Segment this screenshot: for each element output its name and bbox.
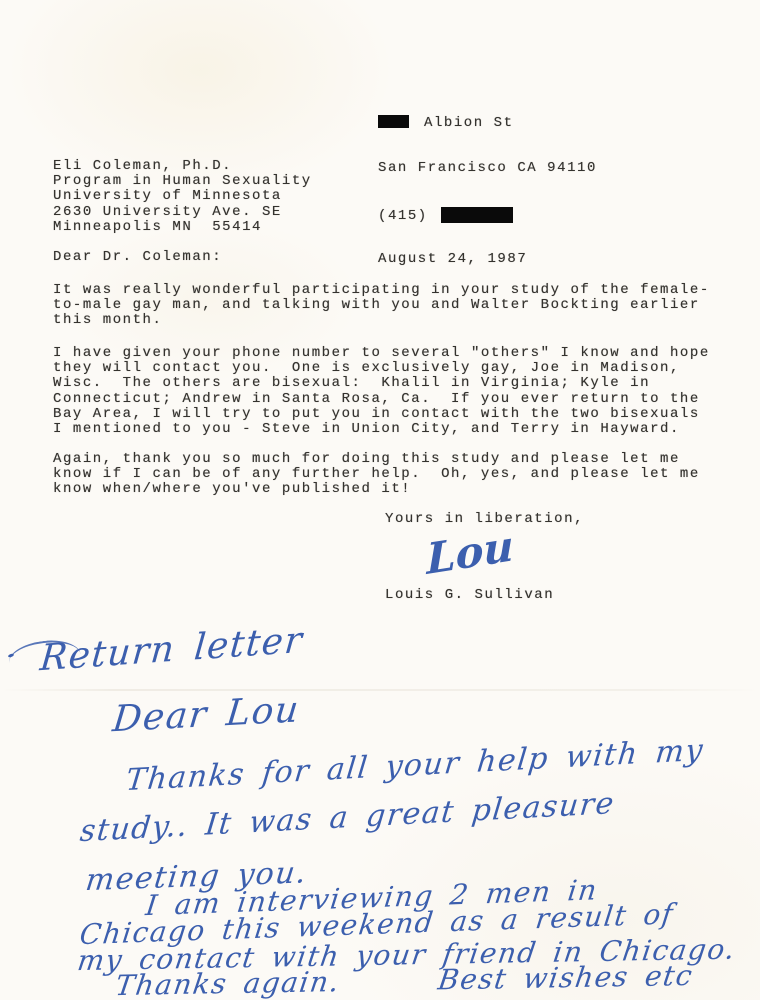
recipient-address-block: Eli Coleman, Ph.D. Program in Human Sexu… [53,159,312,235]
redacted-street-number [378,115,409,128]
typed-name: Louis G. Sullivan [385,588,554,603]
letter-page: Albion St San Francisco CA 94110 (415) A… [0,0,760,1000]
note-line-dear-lou: Dear Lou [111,689,302,740]
sender-phone-line: (415) [378,207,597,222]
note-line-thanks-help: Thanks for all your help with my [124,733,705,799]
body-paragraph-3: Again, thank you so much for doing this … [53,452,700,498]
handwritten-signature: Lou [426,521,514,584]
paper-fold-crease [0,689,760,691]
letter-date: August 24, 1987 [378,252,597,267]
body-paragraph-2: I have given your phone number to severa… [53,346,710,437]
sender-address-block: Albion St San Francisco CA 94110 (415) A… [378,85,597,298]
redacted-phone-number [441,207,513,223]
phone-area-code: (415) [378,208,428,224]
sender-city-line: San Francisco CA 94110 [378,161,597,176]
sender-street: Albion St [424,116,514,132]
body-paragraph-1: It was really wonderful participating in… [53,283,710,329]
salutation: Dear Dr. Coleman: [53,250,222,265]
sender-street-line: Albion St [378,115,597,130]
note-line-return-letter: Return letter [38,620,305,680]
